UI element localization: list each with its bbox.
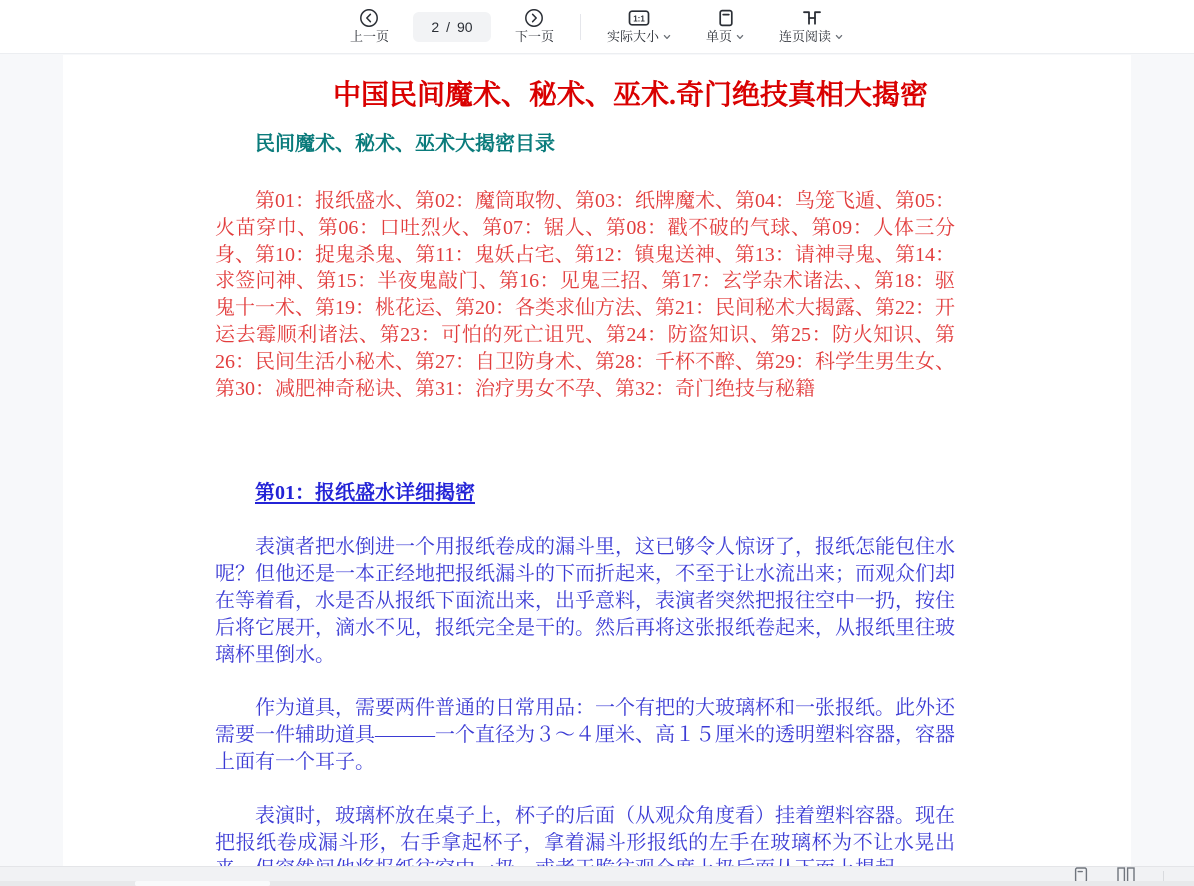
prev-page-label: 上一页	[350, 29, 389, 45]
doc-paragraph: 表演者把水倒进一个用报纸卷成的漏斗里，这已够令人惊讶了，报纸怎能包住水呢？但他还…	[215, 534, 955, 668]
chevron-down-icon	[662, 32, 672, 42]
chevron-down-icon	[735, 32, 745, 42]
actual-size-label: 实际大小	[607, 29, 659, 45]
next-page-label: 下一页	[515, 29, 554, 45]
single-page-icon	[716, 8, 736, 28]
page-total: 90	[457, 19, 473, 35]
single-page-label: 单页	[706, 29, 732, 45]
doc-subtitle: 民间魔术、秘术、巫术大揭密目录	[215, 131, 955, 158]
toolbar: 上一页 2 / 90 下一页 1:1 实际大小	[0, 0, 1194, 54]
continuous-pages-icon	[802, 8, 822, 28]
page-current: 2	[431, 19, 439, 35]
doc-toc: 第01：报纸盛水、第02：魔筒取物、第03：纸牌魔术、第04：鸟笼飞遁、第05：…	[215, 188, 955, 402]
page-number-input[interactable]: 2 / 90	[413, 12, 491, 42]
svg-text:1:1: 1:1	[634, 14, 646, 23]
doc-paragraph: 表演时，玻璃杯放在桌子上，杯子的后面（从观众角度看）挂着塑料容器。现在把报纸卷成…	[215, 803, 955, 866]
page-nav-group: 上一页 2 / 90 下一页	[346, 6, 558, 47]
horizontal-scrollbar-thumb[interactable]	[135, 881, 270, 886]
chevron-left-circle-icon	[359, 8, 379, 28]
next-page-button[interactable]: 下一页	[511, 6, 558, 47]
document-viewer: 中国民间魔术、秘术、巫术.奇门绝技真相大揭密 民间魔术、秘术、巫术大揭密目录 第…	[0, 55, 1194, 866]
doc-paragraph: 作为道具，需要两件普通的日常用品：一个有把的大玻璃杯和一张报纸。此外还需要一件辅…	[215, 695, 955, 775]
view-tools-group: 1:1 实际大小 单页	[603, 6, 848, 47]
prev-page-button[interactable]: 上一页	[346, 6, 393, 47]
chevron-right-circle-icon	[524, 8, 544, 28]
section-heading: 第01：报纸盛水详细揭密	[255, 480, 475, 507]
continuous-read-button[interactable]: 连页阅读	[775, 6, 848, 47]
toolbar-divider	[580, 14, 581, 40]
document-page: 中国民间魔术、秘术、巫术.奇门绝技真相大揭密 民间魔术、秘术、巫术大揭密目录 第…	[63, 55, 1131, 866]
status-bar	[0, 866, 1194, 886]
actual-size-button[interactable]: 1:1 实际大小	[603, 6, 676, 47]
continuous-read-label: 连页阅读	[779, 29, 831, 45]
one-to-one-icon: 1:1	[627, 8, 651, 28]
page-separator: /	[446, 19, 450, 35]
single-page-mode-button[interactable]: 单页	[702, 6, 749, 47]
chevron-down-icon	[834, 32, 844, 42]
doc-title: 中国民间魔术、秘术、巫术.奇门绝技真相大揭密	[333, 77, 955, 115]
